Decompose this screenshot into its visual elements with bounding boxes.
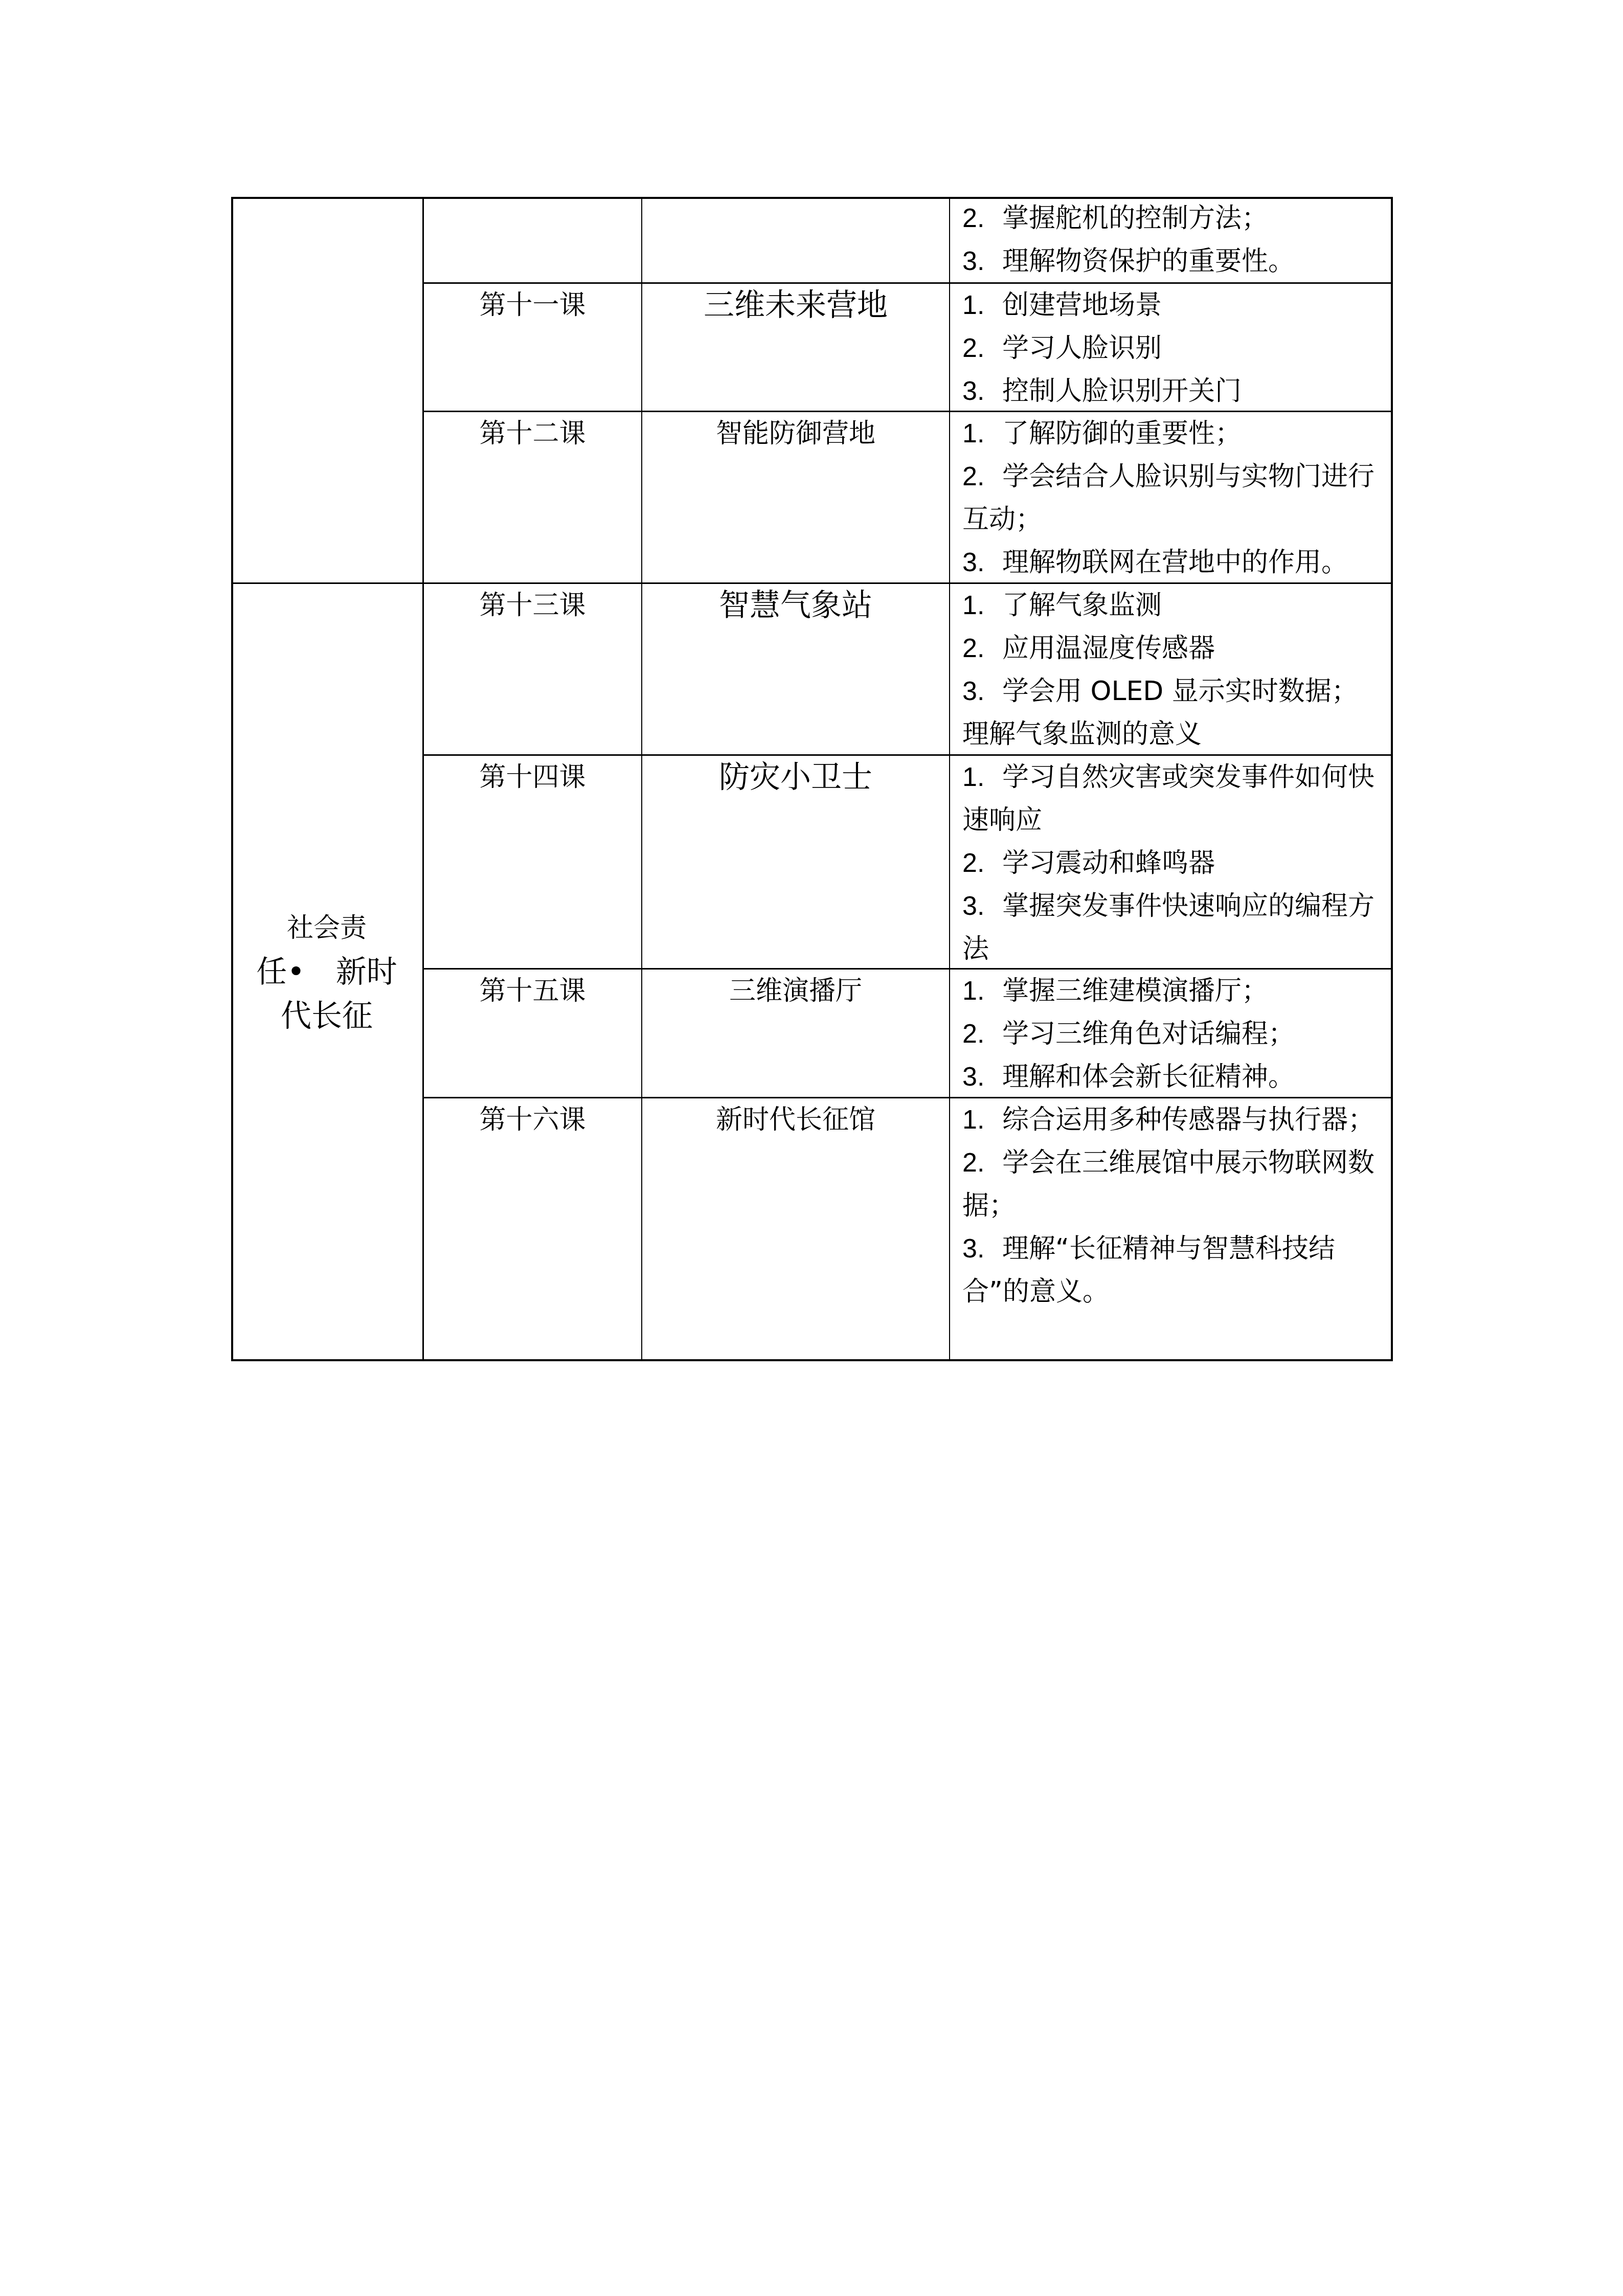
lesson-number-cell: 第十一课 [424, 284, 642, 412]
lesson-number-cell: 第十四课 [424, 756, 642, 970]
lesson-goals-cell: 1.掌握三维建模演播厅； 2.学习三维角色对话编程； 3.理解和体会新长征精神。 [950, 970, 1393, 1098]
lesson-number-cell: 第十二课 [424, 412, 642, 584]
goal-item: 3.理解物联网在营地中的作用。 [962, 541, 1383, 584]
goal-item: 2.掌握舵机的控制方法； [962, 197, 1383, 240]
lesson-number-cell: 第十五课 [424, 970, 642, 1098]
goal-item: 1.学习自然灾害或突发事件如何快速响应 [962, 756, 1383, 842]
lesson-goals-cell: 1.学习自然灾害或突发事件如何快速响应 2.学习震动和蜂鸣器 3.掌握突发事件快… [950, 756, 1393, 970]
goal-item: 2.学习人脸识别 [962, 327, 1383, 370]
lesson-title-cell: 三维未来营地 [642, 284, 950, 412]
goal-item: 3.控制人脸识别开关门 [962, 370, 1383, 413]
goal-item: 1.了解气象监测 [962, 584, 1383, 627]
group-label-cell: 社会责 任• 新时 代长征 [231, 584, 424, 1361]
lesson-title-cell: 防灾小卫士 [642, 756, 950, 970]
goal-item: 2.学习三维角色对话编程； [962, 1012, 1383, 1055]
goal-item: 1.创建营地场景 [962, 284, 1383, 327]
goal-item: 2.学会结合人脸识别与实物门进行互动； [962, 455, 1383, 541]
goal-item: 1.了解防御的重要性； [962, 412, 1383, 455]
goal-item: 2.学会在三维展馆中展示物联网数据； [962, 1141, 1383, 1227]
lesson-goals-cell: 1.创建营地场景 2.学习人脸识别 3.控制人脸识别开关门 [950, 284, 1393, 412]
curriculum-table: 2.掌握舵机的控制方法； 3.理解物资保护的重要性。 第十一课 三维未来营地 1… [231, 197, 1393, 1361]
lesson-number-cell: 第十三课 [424, 584, 642, 756]
goal-item: 3.掌握突发事件快速响应的编程方法 [962, 885, 1383, 971]
lesson-title-cell: 新时代长征馆 [642, 1098, 950, 1361]
goal-item: 2.学习震动和蜂鸣器 [962, 842, 1383, 885]
lesson-goals-cell: 2.掌握舵机的控制方法； 3.理解物资保护的重要性。 [950, 197, 1393, 284]
goal-item: 3.理解和体会新长征精神。 [962, 1055, 1383, 1098]
lesson-goals-cell: 1.了解防御的重要性； 2.学会结合人脸识别与实物门进行互动； 3.理解物联网在… [950, 412, 1393, 584]
lesson-number-cell [424, 197, 642, 284]
lesson-number-cell: 第十六课 [424, 1098, 642, 1361]
goal-item: 1.掌握三维建模演播厅； [962, 970, 1383, 1012]
group-label-cell [231, 197, 424, 584]
lesson-title-cell [642, 197, 950, 284]
goal-item: 3.学会用 OLED 显示实时数据；理解气象监测的意义 [962, 670, 1383, 756]
lesson-title-cell: 三维演播厅 [642, 970, 950, 1098]
lesson-goals-cell: 1.了解气象监测 2.应用温湿度传感器 3.学会用 OLED 显示实时数据；理解… [950, 584, 1393, 756]
goal-item: 2.应用温湿度传感器 [962, 627, 1383, 670]
group-label: 社会责 任• 新时 代长征 [250, 906, 403, 1038]
goal-item: 3.理解“长征精神与智慧科技结合”的意义。 [962, 1227, 1383, 1313]
lesson-goals-cell: 1.综合运用多种传感器与执行器； 2.学会在三维展馆中展示物联网数据； 3.理解… [950, 1098, 1393, 1361]
lesson-title-cell: 智能防御营地 [642, 412, 950, 584]
goal-item: 3.理解物资保护的重要性。 [962, 240, 1383, 283]
goal-item: 1.综合运用多种传感器与执行器； [962, 1098, 1383, 1141]
lesson-title-cell: 智慧气象站 [642, 584, 950, 756]
